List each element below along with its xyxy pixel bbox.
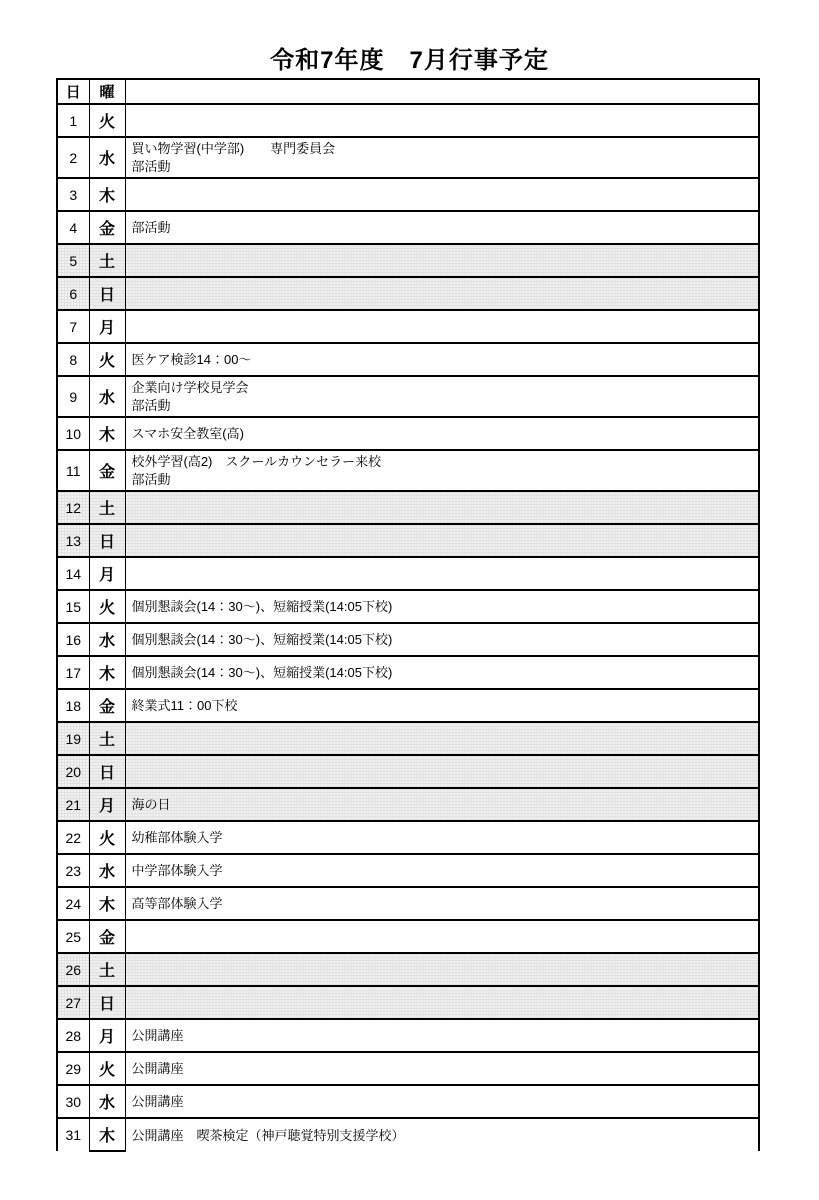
- day-cell: 19: [57, 722, 89, 755]
- table-row: 18 金 終業式11：00下校: [57, 689, 759, 722]
- day-number: 10: [65, 426, 81, 442]
- table-row: 16 水 個別懇談会(14：30～)、短縮授業(14:05下校): [57, 623, 759, 656]
- weekday-label: 金: [99, 221, 115, 238]
- weekday-label: 木: [99, 188, 115, 205]
- day-cell: 31: [57, 1118, 89, 1151]
- table-row: 6 日: [57, 277, 759, 310]
- event-text: 個別懇談会(14：30～)、短縮授業(14:05下校): [132, 631, 753, 649]
- event-cell: 海の日: [125, 788, 759, 821]
- day-number: 19: [65, 731, 81, 747]
- column-header-weekday: 曜: [89, 79, 125, 104]
- day-number: 4: [69, 220, 77, 236]
- event-text: 中学部体験入学: [132, 862, 753, 880]
- weekday-label: 火: [99, 1062, 115, 1079]
- day-cell: 15: [57, 590, 89, 623]
- day-cell: 6: [57, 277, 89, 310]
- day-cell: 2: [57, 137, 89, 178]
- event-cell: [125, 557, 759, 590]
- table-row: 2 水 買い物学習(中学部) 専門委員会部活動: [57, 137, 759, 178]
- weekday-label: 金: [99, 930, 115, 947]
- table-row: 22 火 幼稚部体験入学: [57, 821, 759, 854]
- day-number: 9: [69, 389, 77, 405]
- day-number: 28: [65, 1028, 81, 1044]
- day-number: 24: [65, 896, 81, 912]
- day-cell: 29: [57, 1052, 89, 1085]
- day-number: 31: [65, 1127, 81, 1143]
- day-cell: 9: [57, 376, 89, 417]
- event-cell: 公開講座: [125, 1085, 759, 1118]
- weekday-cell: 木: [89, 887, 125, 920]
- event-cell: [125, 178, 759, 211]
- weekday-cell: 日: [89, 986, 125, 1019]
- event-text: 個別懇談会(14：30～)、短縮授業(14:05下校): [132, 598, 753, 616]
- table-row: 9 水 企業向け学校見学会部活動: [57, 376, 759, 417]
- event-cell: [125, 244, 759, 277]
- day-number: 12: [65, 500, 81, 516]
- day-number: 23: [65, 863, 81, 879]
- weekday-cell: 月: [89, 788, 125, 821]
- event-cell: 個別懇談会(14：30～)、短縮授業(14:05下校): [125, 590, 759, 623]
- weekday-label: 月: [99, 1029, 115, 1046]
- event-cell: [125, 920, 759, 953]
- event-text: スマホ安全教室(高): [132, 425, 753, 443]
- event-cell: 部活動: [125, 211, 759, 244]
- table-row: 12 土: [57, 491, 759, 524]
- table-row: 20 日: [57, 755, 759, 788]
- day-cell: 16: [57, 623, 89, 656]
- weekday-cell: 水: [89, 1085, 125, 1118]
- day-number: 16: [65, 632, 81, 648]
- weekday-label: 土: [99, 254, 115, 271]
- weekday-label: 月: [99, 798, 115, 815]
- event-cell: [125, 722, 759, 755]
- day-number: 8: [69, 352, 77, 368]
- day-cell: 30: [57, 1085, 89, 1118]
- event-text: 高等部体験入学: [132, 895, 753, 913]
- event-cell: スマホ安全教室(高): [125, 417, 759, 450]
- event-cell: [125, 524, 759, 557]
- day-number: 21: [65, 797, 81, 813]
- day-cell: 1: [57, 104, 89, 137]
- event-text: 公開講座: [132, 1027, 753, 1045]
- weekday-cell: 火: [89, 104, 125, 137]
- day-number: 15: [65, 599, 81, 615]
- event-text: 買い物学習(中学部) 専門委員会: [132, 140, 753, 158]
- weekday-label: 金: [99, 699, 115, 716]
- event-text: 企業向け学校見学会: [132, 379, 753, 397]
- day-number: 22: [65, 830, 81, 846]
- event-cell: 公開講座: [125, 1052, 759, 1085]
- event-text: 部活動: [132, 397, 753, 415]
- page-title: 令和7年度 7月行事予定: [0, 40, 819, 75]
- weekday-cell: 火: [89, 1052, 125, 1085]
- day-cell: 17: [57, 656, 89, 689]
- day-cell: 22: [57, 821, 89, 854]
- table-row: 29 火 公開講座: [57, 1052, 759, 1085]
- table-row: 15 火 個別懇談会(14：30～)、短縮授業(14:05下校): [57, 590, 759, 623]
- day-cell: 7: [57, 310, 89, 343]
- weekday-cell: 金: [89, 450, 125, 491]
- event-cell: [125, 755, 759, 788]
- weekday-label: 土: [99, 501, 115, 518]
- weekday-cell: 月: [89, 1019, 125, 1052]
- calendar-body: 1 火 2 水 買い物学習(中学部) 専門委員会部活動 3 木 4 金 部活動 …: [57, 104, 759, 1151]
- weekday-label: 火: [99, 353, 115, 370]
- day-number: 13: [65, 533, 81, 549]
- weekday-label: 金: [99, 464, 115, 481]
- weekday-cell: 月: [89, 557, 125, 590]
- day-cell: 12: [57, 491, 89, 524]
- weekday-cell: 火: [89, 821, 125, 854]
- event-text: 幼稚部体験入学: [132, 829, 753, 847]
- weekday-label: 木: [99, 666, 115, 683]
- event-cell: 買い物学習(中学部) 専門委員会部活動: [125, 137, 759, 178]
- weekday-label: 水: [99, 151, 115, 168]
- event-cell: [125, 277, 759, 310]
- day-cell: 8: [57, 343, 89, 376]
- event-cell: 中学部体験入学: [125, 854, 759, 887]
- weekday-cell: 水: [89, 854, 125, 887]
- event-text: 海の日: [132, 796, 753, 814]
- weekday-cell: 水: [89, 137, 125, 178]
- table-row: 5 土: [57, 244, 759, 277]
- header-row: 日 曜: [57, 79, 759, 104]
- event-text: 部活動: [132, 471, 753, 489]
- day-number: 3: [69, 187, 77, 203]
- weekday-cell: 木: [89, 417, 125, 450]
- weekday-cell: 金: [89, 689, 125, 722]
- weekday-cell: 火: [89, 343, 125, 376]
- event-text: 公開講座 喫茶検定（神戸聴覚特別支援学校）: [132, 1127, 753, 1145]
- day-cell: 10: [57, 417, 89, 450]
- event-cell: 公開講座: [125, 1019, 759, 1052]
- column-header-events: [125, 79, 759, 104]
- day-number: 30: [65, 1094, 81, 1110]
- weekday-cell: 水: [89, 376, 125, 417]
- weekday-cell: 日: [89, 277, 125, 310]
- table-row: 21 月 海の日: [57, 788, 759, 821]
- weekday-label: 水: [99, 633, 115, 650]
- table-row: 28 月 公開講座: [57, 1019, 759, 1052]
- day-cell: 26: [57, 953, 89, 986]
- table-row: 8 火 医ケア検診14：00～: [57, 343, 759, 376]
- weekday-cell: 土: [89, 244, 125, 277]
- day-cell: 4: [57, 211, 89, 244]
- table-row: 19 土: [57, 722, 759, 755]
- table-row: 7 月: [57, 310, 759, 343]
- event-cell: [125, 310, 759, 343]
- table-row: 25 金: [57, 920, 759, 953]
- weekday-label: 日: [99, 996, 115, 1013]
- event-cell: [125, 491, 759, 524]
- table-row: 13 日: [57, 524, 759, 557]
- day-number: 25: [65, 929, 81, 945]
- event-text: 公開講座: [132, 1093, 753, 1111]
- day-cell: 20: [57, 755, 89, 788]
- weekday-cell: 水: [89, 623, 125, 656]
- day-number: 17: [65, 665, 81, 681]
- event-cell: 幼稚部体験入学: [125, 821, 759, 854]
- weekday-cell: 木: [89, 178, 125, 211]
- table-row: 30 水 公開講座: [57, 1085, 759, 1118]
- weekday-label: 火: [99, 114, 115, 131]
- event-cell: 校外学習(高2) スクールカウンセラー来校部活動: [125, 450, 759, 491]
- weekday-cell: 火: [89, 590, 125, 623]
- weekday-label: 木: [99, 1128, 115, 1145]
- weekday-cell: 日: [89, 755, 125, 788]
- weekday-cell: 土: [89, 722, 125, 755]
- day-number: 11: [66, 463, 81, 479]
- day-number: 27: [65, 995, 81, 1011]
- day-cell: 24: [57, 887, 89, 920]
- day-number: 20: [65, 764, 81, 780]
- event-cell: 高等部体験入学: [125, 887, 759, 920]
- weekday-label: 木: [99, 897, 115, 914]
- day-cell: 21: [57, 788, 89, 821]
- day-cell: 11: [57, 450, 89, 491]
- weekday-cell: 日: [89, 524, 125, 557]
- day-cell: 14: [57, 557, 89, 590]
- event-cell: 個別懇談会(14：30～)、短縮授業(14:05下校): [125, 623, 759, 656]
- weekday-label: 月: [99, 567, 115, 584]
- day-number: 14: [65, 566, 81, 582]
- column-header-day: 日: [57, 79, 89, 104]
- weekday-label: 水: [99, 864, 115, 881]
- table-row: 17 木 個別懇談会(14：30～)、短縮授業(14:05下校): [57, 656, 759, 689]
- day-cell: 27: [57, 986, 89, 1019]
- weekday-label: 日: [99, 765, 115, 782]
- weekday-label: 月: [99, 320, 115, 337]
- event-cell: 公開講座 喫茶検定（神戸聴覚特別支援学校）: [125, 1118, 759, 1151]
- event-text: 終業式11：00下校: [132, 697, 753, 715]
- day-number: 5: [69, 253, 77, 269]
- table-row: 31 木 公開講座 喫茶検定（神戸聴覚特別支援学校）: [57, 1118, 759, 1151]
- event-text: 医ケア検診14：00～: [132, 351, 753, 369]
- day-number: 6: [69, 286, 77, 302]
- weekday-cell: 木: [89, 656, 125, 689]
- day-cell: 18: [57, 689, 89, 722]
- event-cell: [125, 104, 759, 137]
- event-text: 公開講座: [132, 1060, 753, 1078]
- day-number: 7: [69, 319, 77, 335]
- event-text: 部活動: [132, 219, 753, 237]
- table-row: 4 金 部活動: [57, 211, 759, 244]
- weekday-label: 土: [99, 732, 115, 749]
- calendar-table: 日 曜 1 火 2 水 買い物学習(中学部) 専門委員会部活動 3 木 4: [56, 78, 760, 1152]
- weekday-label: 土: [99, 963, 115, 980]
- day-cell: 5: [57, 244, 89, 277]
- day-cell: 3: [57, 178, 89, 211]
- weekday-label: 火: [99, 831, 115, 848]
- table-row: 26 土: [57, 953, 759, 986]
- event-cell: 個別懇談会(14：30～)、短縮授業(14:05下校): [125, 656, 759, 689]
- table-row: 24 木 高等部体験入学: [57, 887, 759, 920]
- weekday-label: 水: [99, 1095, 115, 1112]
- event-cell: 医ケア検診14：00～: [125, 343, 759, 376]
- weekday-cell: 木: [89, 1118, 125, 1151]
- weekday-label: 日: [99, 534, 115, 551]
- table-row: 1 火: [57, 104, 759, 137]
- weekday-label: 日: [99, 287, 115, 304]
- table-row: 10 木 スマホ安全教室(高): [57, 417, 759, 450]
- calendar-header: 日 曜: [57, 79, 759, 104]
- table-row: 3 木: [57, 178, 759, 211]
- event-text: 個別懇談会(14：30～)、短縮授業(14:05下校): [132, 664, 753, 682]
- day-number: 18: [65, 698, 81, 714]
- table-row: 23 水 中学部体験入学: [57, 854, 759, 887]
- day-cell: 28: [57, 1019, 89, 1052]
- event-text: 部活動: [132, 158, 753, 176]
- weekday-label: 水: [99, 390, 115, 407]
- weekday-label: 木: [99, 427, 115, 444]
- table-row: 27 日: [57, 986, 759, 1019]
- weekday-cell: 土: [89, 491, 125, 524]
- event-cell: [125, 986, 759, 1019]
- weekday-label: 火: [99, 600, 115, 617]
- day-cell: 25: [57, 920, 89, 953]
- weekday-cell: 月: [89, 310, 125, 343]
- day-number: 26: [65, 962, 81, 978]
- event-text: 校外学習(高2) スクールカウンセラー来校: [132, 453, 753, 471]
- event-cell: 終業式11：00下校: [125, 689, 759, 722]
- weekday-cell: 金: [89, 920, 125, 953]
- event-cell: 企業向け学校見学会部活動: [125, 376, 759, 417]
- day-number: 2: [69, 150, 77, 166]
- table-row: 11 金 校外学習(高2) スクールカウンセラー来校部活動: [57, 450, 759, 491]
- weekday-cell: 金: [89, 211, 125, 244]
- day-cell: 13: [57, 524, 89, 557]
- table-row: 14 月: [57, 557, 759, 590]
- weekday-cell: 土: [89, 953, 125, 986]
- day-cell: 23: [57, 854, 89, 887]
- day-number: 29: [65, 1061, 81, 1077]
- event-cell: [125, 953, 759, 986]
- day-number: 1: [69, 113, 77, 129]
